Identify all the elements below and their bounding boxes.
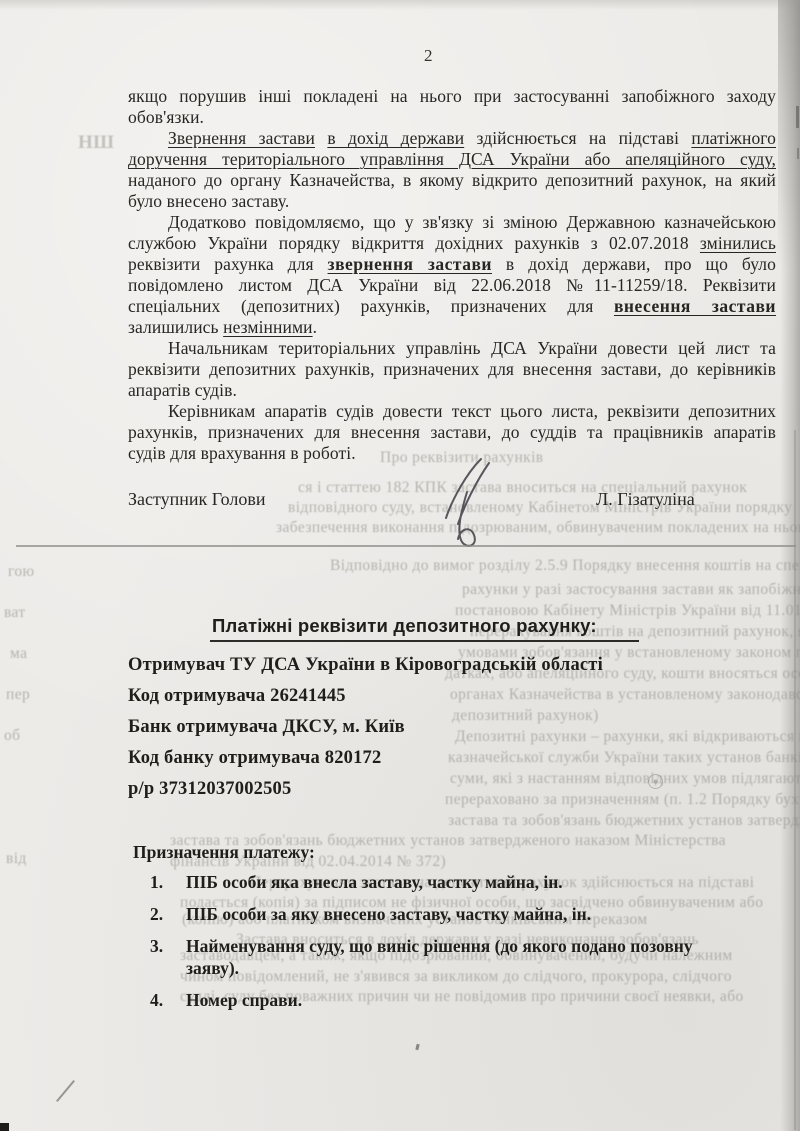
purpose-item-text: Найменування суду, що виніс рішення (до … [186, 935, 693, 979]
text-segment: апаратів судів. [128, 380, 237, 400]
page-number: 2 [424, 46, 433, 66]
letter-body: якщо порушив інші покладені на нього при… [128, 86, 776, 464]
purpose-item: 2.ПІБ особи за яку внесено заставу, част… [150, 903, 770, 925]
requisites-list: Отримувач ТУ ДСА України в Кіровоградськ… [128, 650, 603, 805]
purpose-item-line: Номер справи. [186, 989, 302, 1011]
body-line: реквізити депозитних рахунків, призначен… [128, 359, 776, 380]
scan-shadow-top [0, 0, 800, 10]
scanned-letter-page: НШниПро реквізити рахунківся і статтею 1… [0, 0, 800, 1131]
text-segment: було внесено заставу. [128, 191, 289, 211]
text-segment: службою України порядку відкриття дохідн… [128, 233, 700, 253]
scan-fold-line [794, 430, 796, 1130]
text-segment: якщо порушив інші покладені на нього при… [128, 86, 776, 106]
requisite-line: Код отримувача 26241445 [128, 681, 603, 712]
scan-shadow-right-top [778, 0, 800, 270]
text-segment: Керівникам апаратів судів довести текст … [168, 401, 776, 421]
text-segment: судів для врахування в роботі. [128, 443, 356, 463]
scan-speck [415, 1044, 419, 1051]
bleed-text: від [6, 850, 27, 868]
purpose-item-text: Номер справи. [186, 989, 302, 1011]
bleed-text: НШ [78, 132, 114, 154]
bleed-text: гою [8, 563, 35, 581]
body-line: залишились незмінними. [128, 317, 776, 338]
body-line: Керівникам апаратів судів довести текст … [128, 401, 776, 422]
purpose-item-line: ПІБ особи яка внесла заставу, частку май… [186, 871, 563, 893]
scan-circle-mark [648, 774, 663, 789]
body-line: рахунків, призначених для внесення заста… [128, 422, 776, 443]
text-segment: здійснюється на підставі [464, 128, 691, 148]
body-line: наданого до органу Казначейства, в якому… [128, 170, 776, 191]
text-segment: реквізити рахунка для [128, 254, 328, 274]
bleed-text: пер [6, 686, 30, 704]
body-line: якщо порушив інші покладені на нього при… [128, 86, 776, 107]
purpose-item-line: Найменування суду, що виніс рішення (до … [186, 935, 693, 957]
payment-purpose-title: Призначення платежу: [133, 842, 315, 863]
text-segment: Начальникам територіальних управлінь ДСА… [168, 338, 776, 358]
purpose-item-number: 2. [150, 903, 186, 925]
purpose-item-text: ПІБ особи яка внесла заставу, частку май… [186, 871, 563, 893]
bleed-text: об [4, 727, 20, 745]
text-segment: доручення територіального управління ДСА… [128, 149, 776, 169]
requisite-line: Банк отримувача ДКСУ, м. Київ [128, 712, 603, 743]
text-segment [315, 128, 327, 148]
text-segment: повідомлено листом ДСА України від 22.06… [128, 275, 776, 295]
body-line: спеціальних (депозитних) рахунків, призн… [128, 296, 776, 317]
text-segment: наданого до органу Казначейства, в якому… [128, 170, 776, 190]
signer-name: Л. Гізатуліна [596, 489, 695, 510]
text-segment: реквізити депозитних рахунків, призначен… [128, 359, 776, 379]
purpose-item-line: ПІБ особи за яку внесено заставу, частку… [186, 903, 591, 925]
bleed-text: ма [10, 645, 27, 663]
purpose-item: 4.Номер справи. [150, 989, 770, 1011]
body-line: було внесено заставу. [128, 191, 776, 212]
requisite-line: Код банку отримувача 820172 [128, 743, 603, 774]
purpose-item-number: 4. [150, 989, 186, 1011]
body-line: обов'язки. [128, 107, 776, 128]
text-segment: Звернення застави [168, 128, 315, 148]
scan-edge-mark [796, 106, 799, 128]
payment-purpose-list: 1.ПІБ особи яка внесла заставу, частку м… [150, 871, 770, 1021]
text-segment: Додатково повідомляємо, що у зв'язку зі … [168, 212, 776, 232]
requisites-title: Платіжні реквізити депозитного рахунку: [210, 615, 639, 642]
purpose-item-number: 3. [150, 935, 186, 979]
text-segment: в дохід держави [327, 128, 464, 148]
body-line: реквізити рахунка для звернення застави … [128, 254, 776, 275]
bleed-text: відповідного суду, встановленому Кабінет… [288, 499, 792, 517]
body-line: Начальникам територіальних управлінь ДСА… [128, 338, 776, 359]
text-segment: платіжного [691, 128, 776, 148]
body-line: Звернення застави в дохід держави здійсн… [128, 128, 776, 149]
purpose-item: 3.Найменування суду, що виніс рішення (д… [150, 935, 770, 979]
handwritten-signature [436, 456, 498, 550]
scan-edge-mark [797, 148, 799, 159]
text-segment: незмінними [223, 317, 312, 337]
scan-scratch-mark [56, 1080, 75, 1102]
text-segment: . [313, 317, 317, 337]
text-segment: звернення застави [328, 254, 492, 274]
text-segment: внесення застави [614, 296, 776, 316]
scan-corner-notch [0, 1123, 9, 1131]
bleed-text: Відповідно до вимог розділу 2.5.9 Порядк… [330, 557, 800, 575]
horizontal-divider [16, 545, 796, 547]
bleed-text: застава та зобов'язань бюджетних установ… [448, 812, 800, 830]
purpose-item-number: 1. [150, 871, 186, 893]
bleed-text: ват [4, 604, 26, 622]
text-segment: залишились [128, 317, 223, 337]
body-line: повідомлено листом ДСА України від 22.06… [128, 275, 776, 296]
text-segment: обов'язки. [128, 107, 204, 127]
purpose-item-line: заяву). [186, 957, 693, 979]
requisite-line: р/р 37312037002505 [128, 774, 603, 805]
text-segment: змінились [700, 233, 776, 253]
text-segment: спеціальних (депозитних) рахунків, призн… [128, 296, 614, 316]
bleed-text: забезпечення виконання підозрюваним, обв… [276, 519, 800, 537]
text-segment: в дохід держави, про що було [492, 254, 776, 274]
purpose-item-text: ПІБ особи за яку внесено заставу, частку… [186, 903, 591, 925]
signer-title: Заступник Голови [128, 489, 265, 510]
body-line: службою України порядку відкриття дохідн… [128, 233, 776, 254]
body-line: Додатково повідомляємо, що у зв'язку зі … [128, 212, 776, 233]
text-segment: рахунків, призначених для внесення заста… [128, 422, 776, 442]
body-line: доручення територіального управління ДСА… [128, 149, 776, 170]
purpose-item: 1.ПІБ особи яка внесла заставу, частку м… [150, 871, 770, 893]
bleed-text: рахунки у разі застосування застави як з… [462, 581, 800, 599]
body-line: апаратів судів. [128, 380, 776, 401]
requisite-line: Отримувач ТУ ДСА України в Кіровоградськ… [128, 650, 603, 681]
